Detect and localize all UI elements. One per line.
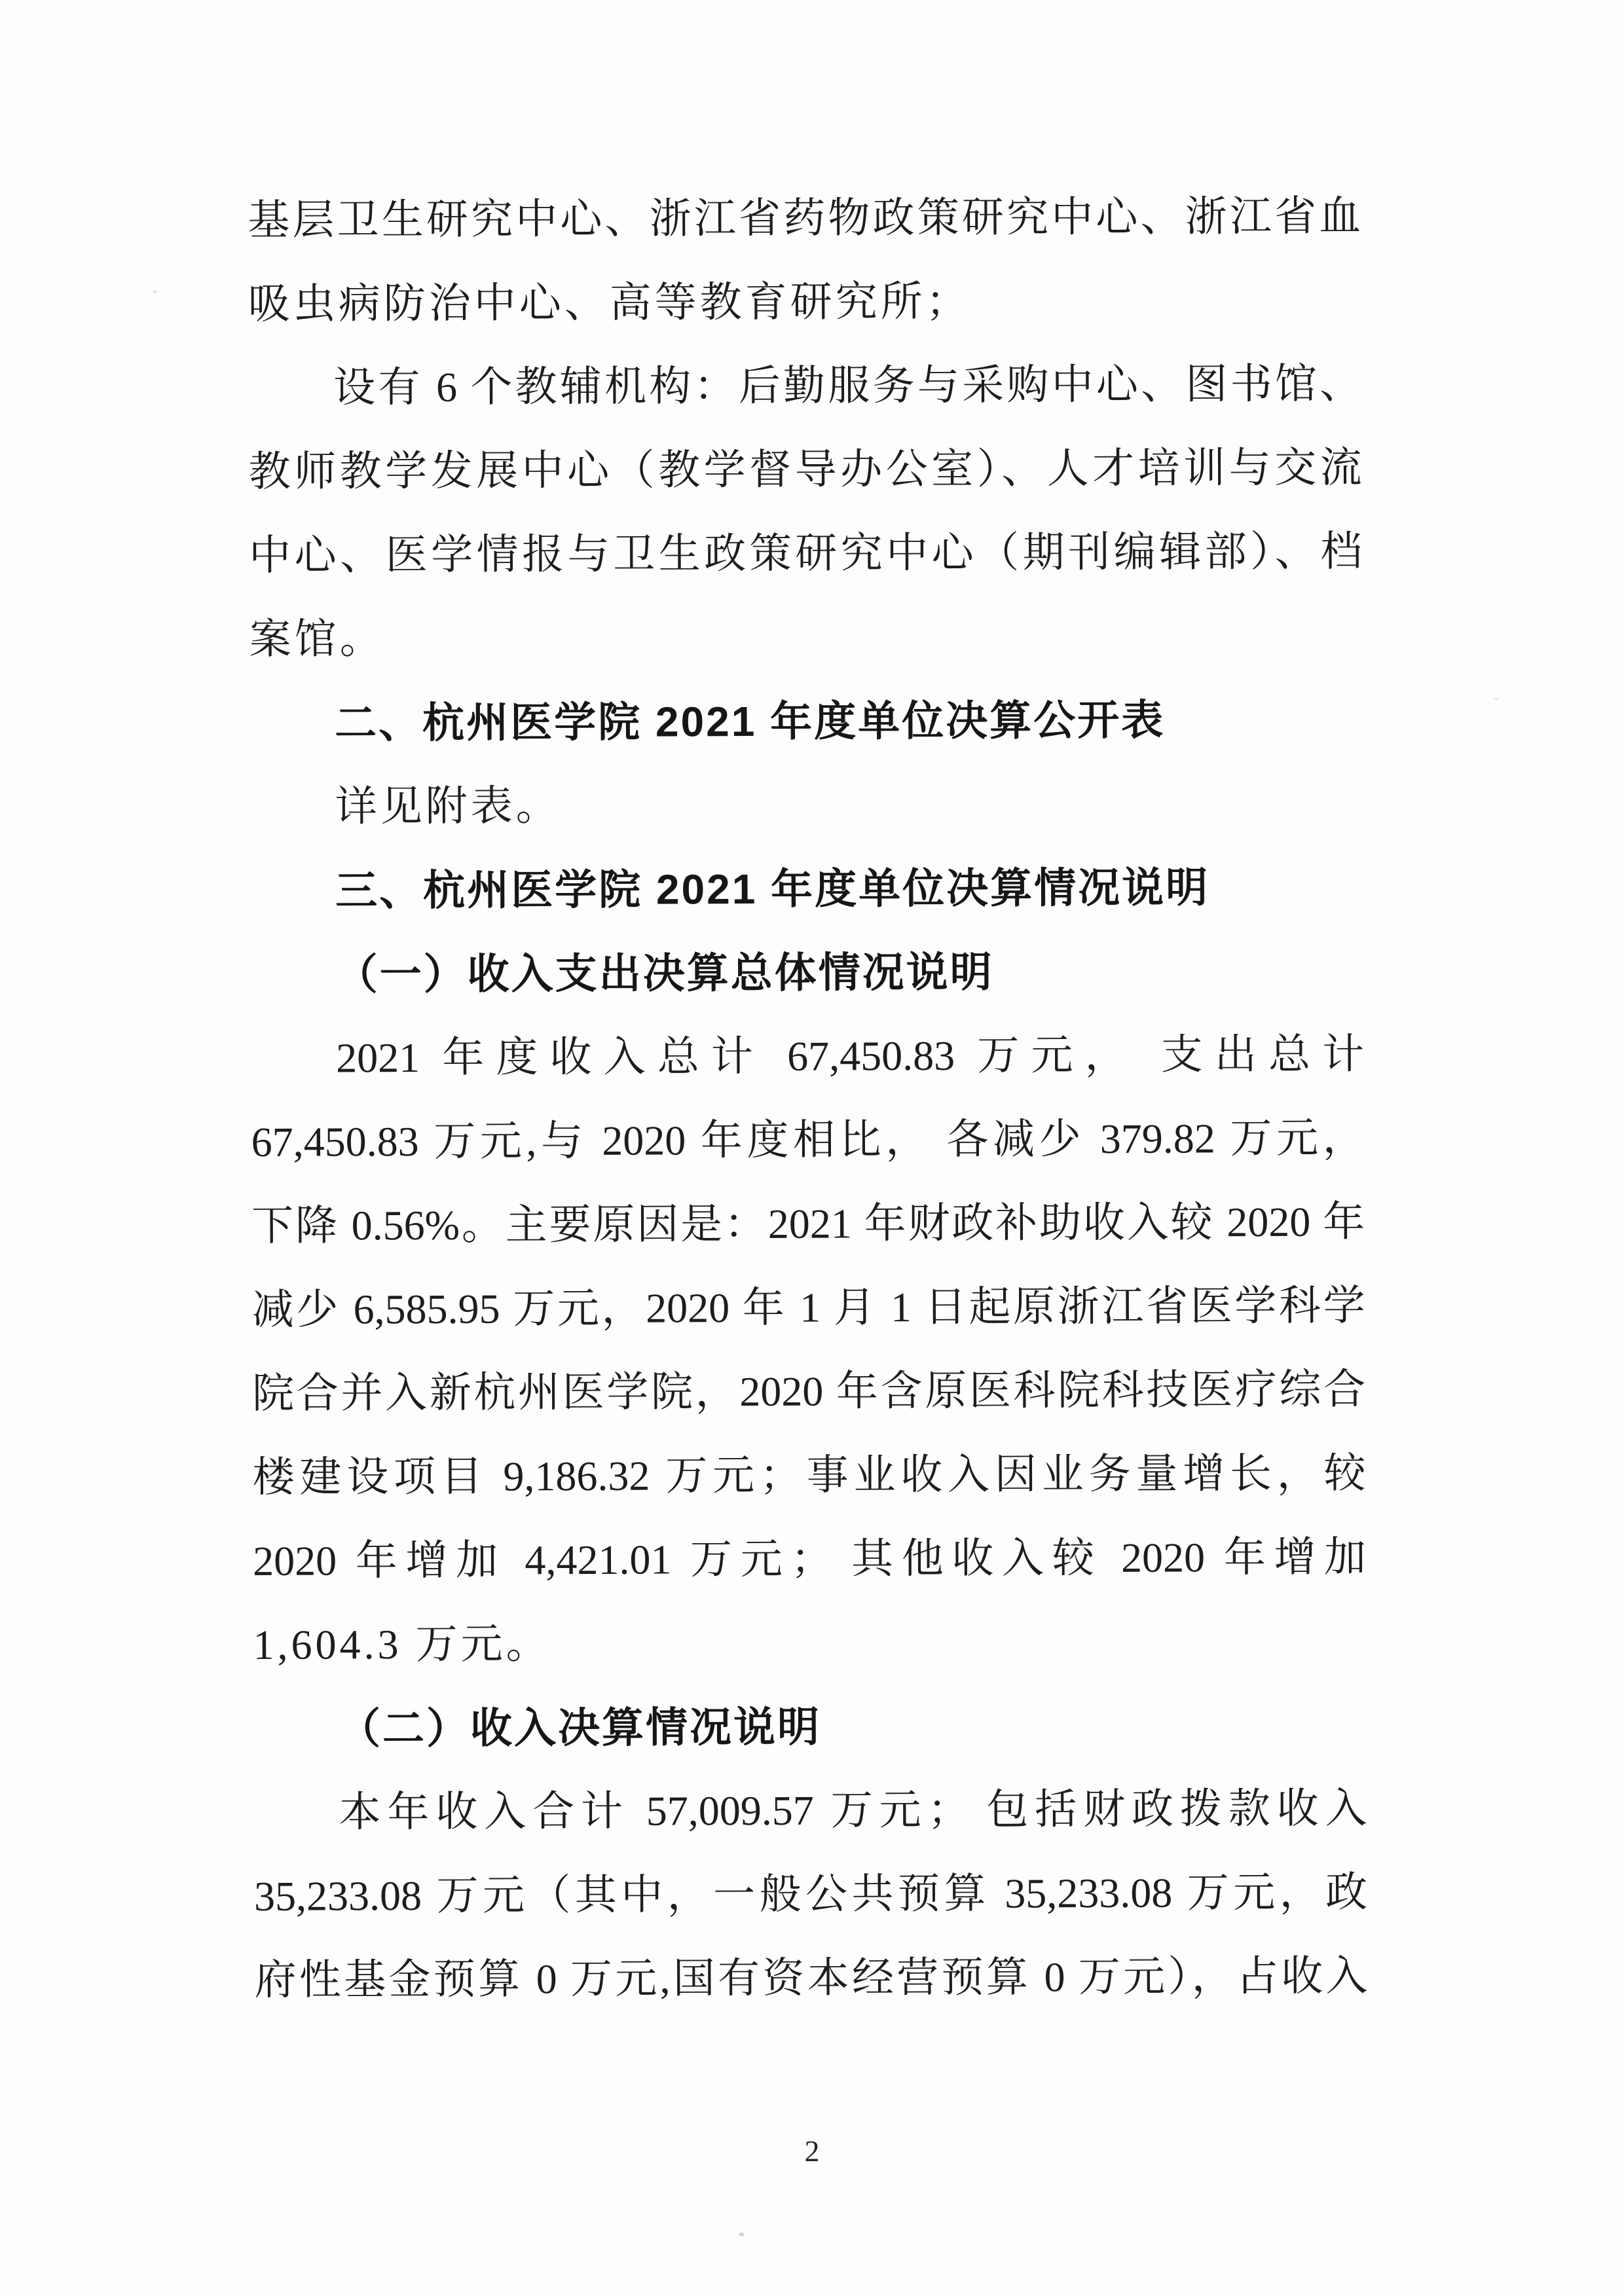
text-line: 67,450.83 万元,与 2020 年度相比， 各减少 379.82 万元， [251,1096,1364,1184]
text-line: 详见附表。 [249,761,1363,849]
heading-line: 二、杭州医学院 2021 年度单位决算公开表 [249,677,1363,765]
text-line: 基层卫生研究中心、浙江省药物政策研究中心、浙江省血 [248,174,1361,263]
text-line: 下降 0.56%。主要原因是：2021 年财政补助收入较 2020 年 [251,1180,1365,1268]
page-number: 2 [0,2132,1624,2171]
text-line: 1,604.3 万元。 [253,1599,1366,1687]
text-block: 基层卫生研究中心、浙江省药物政策研究中心、浙江省血吸虫病防治中心、高等教育研究所… [248,174,1368,2022]
text-line: 2021 年度收入总计 67,450.83 万元， 支出总计 [251,1012,1364,1101]
text-line: 案馆。 [249,593,1362,682]
text-line: 教师教学发展中心（教学督导办公室）、人才培训与交流 [248,426,1361,514]
text-line: 中心、医学情报与卫生政策研究中心（期刊编辑部）、档 [249,509,1362,598]
text-line: 院合并入新杭州医学院，2020 年含原医科院科技医疗综合 [252,1347,1365,1436]
text-line: 减少 6,585.95 万元，2020 年 1 月 1 日起原浙江省医学科学 [251,1264,1365,1352]
text-line: 府性基金预算 0 万元,国有资本经营预算 0 万元），占收入 [254,1934,1367,2022]
heading-line: （二）收入决算情况说明 [253,1683,1367,1771]
scan-artifact-speck [153,290,157,293]
text-line: 35,233.08 万元（其中，一般公共预算 35,233.08 万元，政 [254,1850,1367,1939]
text-line: 楼建设项目 9,186.32 万元；事业收入因业务量增长，较 [252,1431,1365,1520]
heading-line: 三、杭州医学院 2021 年度单位决算情况说明 [250,845,1363,933]
text-line: 吸虫病防治中心、高等教育研究所； [248,258,1361,346]
text-line: 本年收入合计 57,009.57 万元； 包括财政拨款收入 [253,1766,1367,1855]
scan-artifact-speck [739,2232,745,2236]
scan-artifact-speck [1494,697,1498,701]
heading-line: （一）收入支出决算总体情况说明 [250,928,1363,1017]
document-page: 基层卫生研究中心、浙江省药物政策研究中心、浙江省血吸虫病防治中心、高等教育研究所… [0,0,1624,2296]
text-line: 2020 年增加 4,421.01 万元； 其他收入较 2020 年增加 [253,1515,1366,1603]
text-line: 设有 6 个教辅机构：后勤服务与采购中心、图书馆、 [248,342,1361,430]
